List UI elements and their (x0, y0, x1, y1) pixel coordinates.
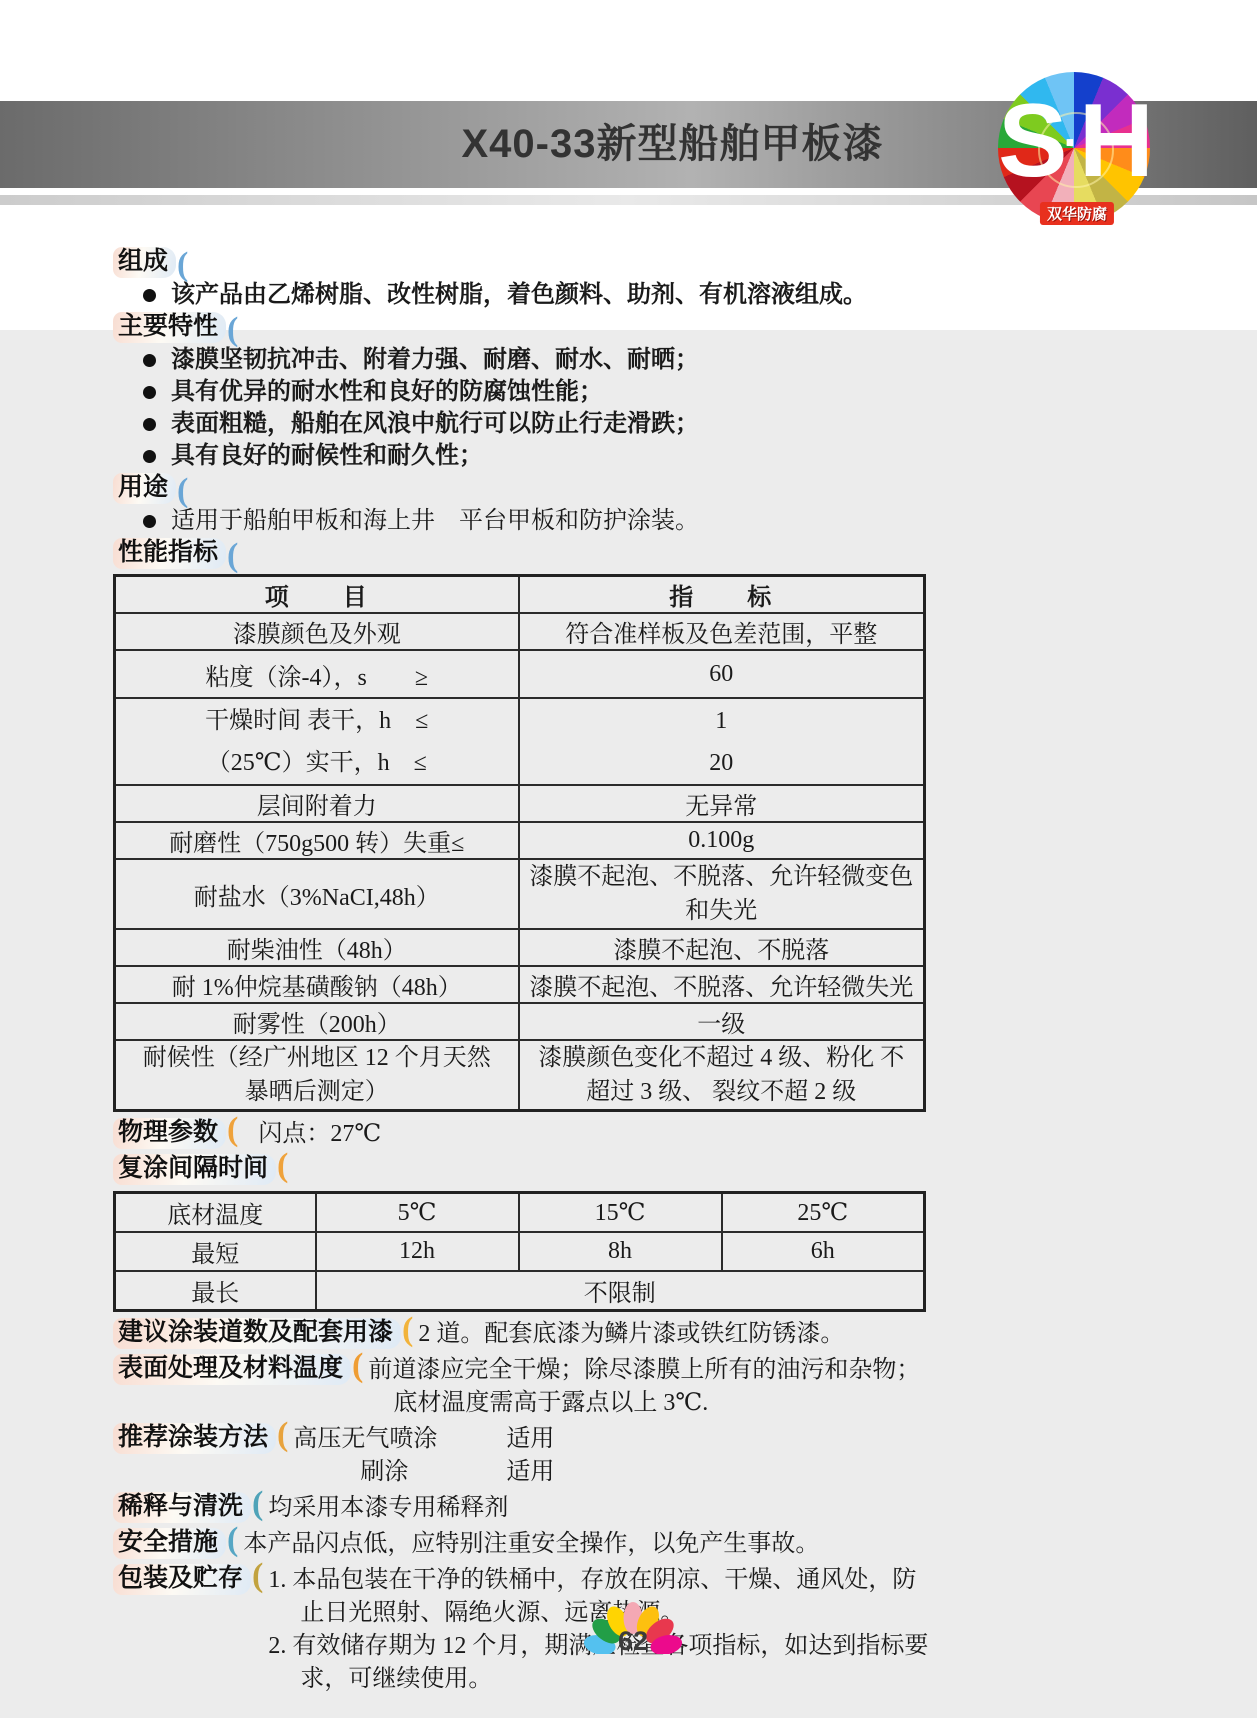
page-fan-icon: 62 (576, 1596, 690, 1654)
logo-letters: S·H (998, 86, 1150, 197)
crescent-mark: ( (252, 1494, 263, 1514)
logo-banner: 双华防腐 (1040, 202, 1114, 225)
row-label: 最长 (115, 1271, 316, 1311)
crescent-mark: ( (277, 1156, 288, 1176)
method-name: 高压无气喷涂 (293, 1423, 500, 1456)
column-header-item: 项 目 (115, 576, 519, 614)
bullet-icon (143, 515, 156, 528)
item-cell: 干燥时间 表干，h ≤ （25℃）实干，h ≤ (115, 698, 519, 785)
header-cell: 底材温度 (115, 1193, 316, 1233)
header-cell: 15℃ (519, 1193, 722, 1233)
value-cell: 不限制 (316, 1271, 925, 1311)
table-row: 耐候性（经广州地区 12 个月天然 暴晒后测定） 漆膜颜色变化不超过 4 级、粉… (115, 1040, 925, 1111)
spec-cell: 漆膜不起泡、不脱落 (519, 929, 925, 966)
section-label: 复涂间隔时间 (113, 1154, 276, 1185)
feature-bullet: 具有良好的耐候性和耐久性； (143, 441, 1145, 471)
item-cell: 层间附着力 (115, 785, 519, 822)
section-features: 主要特性( (113, 312, 1145, 343)
feature-bullet: 表面粗糙，船舶在风浪中航行可以防止行走滑跌； (143, 409, 1145, 439)
table-row: 耐磨性（750g500 转）失重≤ 0.100g (115, 822, 925, 859)
bullet-text: 具有优异的耐水性和良好的防腐蚀性能； (171, 377, 603, 407)
feature-bullet: 具有优异的耐水性和良好的防腐蚀性能； (143, 377, 1145, 407)
section-label: 包装及贮存 (113, 1564, 251, 1595)
section-surface: 表面处理及材料温度( 前道漆应完全干燥；除尽漆膜上所有的油污和杂物； 底材温度需… (113, 1354, 1145, 1420)
bullet-text: 表面粗糙，船舶在风浪中航行可以防止行走滑跌； (171, 409, 699, 439)
item-cell: 耐柴油性（48h） (115, 929, 519, 966)
table-row: 耐盐水（3%NaCI,48h） 漆膜不起泡、不脱落、允许轻微变色 和失光 (115, 859, 925, 929)
table-row: 干燥时间 表干，h ≤ （25℃）实干，h ≤ 1 20 (115, 698, 925, 785)
surface-text: 前道漆应完全干燥；除尽漆膜上所有的油污和杂物； 底材温度需高于露点以上 3℃. (368, 1354, 920, 1420)
table-row: 耐雾性（200h） 一级 (115, 1003, 925, 1040)
logo-letter-h: H (1079, 83, 1150, 199)
table-row: 底材温度 5℃ 15℃ 25℃ (115, 1193, 925, 1233)
crescent-mark: ( (352, 1356, 363, 1376)
header-cell: 25℃ (722, 1193, 925, 1233)
section-label: 推荐涂装方法 (113, 1423, 276, 1454)
table-row: 最长 不限制 (115, 1271, 925, 1311)
crescent-mark: ( (402, 1320, 413, 1340)
section-label: 主要特性 (113, 312, 226, 343)
coats-text: 2 道。配套底漆为鳞片漆或铁红防锈漆。 (418, 1318, 844, 1351)
crescent-mark: ( (177, 255, 188, 275)
item-cell: 耐雾性（200h） (115, 1003, 519, 1040)
item-cell: 耐磨性（750g500 转）失重≤ (115, 822, 519, 859)
bullet-icon (143, 418, 156, 431)
crescent-mark: ( (252, 1566, 263, 1586)
bullet-icon (143, 289, 156, 302)
crescent-mark: ( (277, 1425, 288, 1445)
section-label: 建议涂装道数及配套用漆 (113, 1318, 401, 1349)
crescent-mark: ( (227, 1120, 238, 1140)
crescent-mark: ( (227, 1530, 238, 1550)
bullet-text: 漆膜坚韧抗冲击、附着力强、耐磨、耐水、耐晒； (171, 345, 699, 375)
thinner-text: 均采用本漆专用稀释剂 (268, 1492, 508, 1525)
row-label: 最短 (115, 1232, 316, 1271)
item-cell: 漆膜颜色及外观 (115, 613, 519, 650)
bullet-text: 适用于船舶甲板和海上井 平台甲板和防护涂装。 (171, 506, 699, 536)
column-header-spec: 指 标 (519, 576, 925, 614)
table-row: 漆膜颜色及外观 符合准样板及色差范围，平整 (115, 613, 925, 650)
section-label: 物理参数 (113, 1118, 226, 1149)
section-coats: 建议涂装道数及配套用漆( 2 道。配套底漆为鳞片漆或铁红防锈漆。 (113, 1318, 1145, 1351)
method-status: 适用 (506, 1459, 554, 1485)
method-row: 高压无气喷涂 适用 (293, 1423, 554, 1456)
crescent-mark: ( (227, 546, 238, 566)
bullet-icon (143, 354, 156, 367)
item-cell: 耐候性（经广州地区 12 个月天然 暴晒后测定） (115, 1040, 519, 1111)
item-cell: 粘度（涂-4），s ≥ (115, 650, 519, 698)
logo-dot: · (1063, 116, 1078, 168)
spec-cell: 1 20 (519, 698, 925, 785)
header-cell: 5℃ (316, 1193, 519, 1233)
performance-table: 项 目 指 标 漆膜颜色及外观 符合准样板及色差范围，平整 粘度（涂-4），s … (113, 574, 926, 1112)
section-safety: 安全措施( 本产品闪点低，应特别注重安全操作，以免产生事故。 (113, 1528, 1145, 1561)
spec-cell: 60 (519, 650, 925, 698)
section-label: 组成 (113, 247, 176, 278)
bullet-icon (143, 386, 156, 399)
datasheet-page: X40-33新型船舶甲板漆 S·H 双华防腐 组成( 该产品由乙烯树脂、改性树脂… (0, 0, 1257, 1718)
table-row: 耐 1%仲烷基磺酸钠（48h） 漆膜不起泡、不脱落、允许轻微失光 (115, 966, 925, 1003)
section-performance: 性能指标( (113, 538, 1145, 569)
table-row: 粘度（涂-4），s ≥ 60 (115, 650, 925, 698)
content-area: 组成( 该产品由乙烯树脂、改性树脂，着色颜料、助剂、有机溶液组成。 主要特性( … (113, 246, 1145, 1699)
safety-text: 本产品闪点低，应特别注重安全操作，以免产生事故。 (243, 1528, 819, 1561)
composition-bullet: 该产品由乙烯树脂、改性树脂，着色颜料、助剂、有机溶液组成。 (143, 280, 1145, 310)
section-physical: 物理参数( 闪点：27℃ (113, 1118, 1145, 1151)
spec-cell: 漆膜不起泡、不脱落、允许轻微变色 和失光 (519, 859, 925, 929)
crescent-mark: ( (177, 481, 188, 501)
section-composition: 组成( (113, 247, 1145, 278)
feature-bullet: 漆膜坚韧抗冲击、附着力强、耐磨、耐水、耐晒； (143, 345, 1145, 375)
page-number: 62 (618, 1626, 648, 1654)
value-cell: 6h (722, 1232, 925, 1271)
bullet-text: 该产品由乙烯树脂、改性树脂，着色颜料、助剂、有机溶液组成。 (171, 280, 867, 310)
recoat-table: 底材温度 5℃ 15℃ 25℃ 最短 12h 8h 6h 最长 不限制 (113, 1191, 926, 1312)
usage-bullet: 适用于船舶甲板和海上井 平台甲板和防护涂装。 (143, 506, 1145, 536)
section-label: 表面处理及材料温度 (113, 1354, 351, 1385)
spec-cell: 漆膜不起泡、不脱落、允许轻微失光 (519, 966, 925, 1003)
table-row: 项 目 指 标 (115, 576, 925, 614)
spec-cell: 漆膜颜色变化不超过 4 级、粉化 不 超过 3 级、 裂纹不超 2 级 (519, 1040, 925, 1111)
item-cell: 耐盐水（3%NaCI,48h） (115, 859, 519, 929)
spec-cell: 无异常 (519, 785, 925, 822)
section-label: 安全措施 (113, 1528, 226, 1559)
section-usage: 用途( (113, 473, 1145, 504)
method-row: 刷涂 适用 (293, 1456, 554, 1489)
bullet-text: 具有良好的耐候性和耐久性； (171, 441, 483, 471)
method-status: 适用 (506, 1426, 554, 1452)
spec-cell: 符合准样板及色差范围，平整 (519, 613, 925, 650)
section-thinner: 稀释与清洗( 均采用本漆专用稀释剂 (113, 1492, 1145, 1525)
value-cell: 12h (316, 1232, 519, 1271)
methods-list: 高压无气喷涂 适用 刷涂 适用 (293, 1423, 554, 1489)
section-recoat: 复涂间隔时间( (113, 1154, 1145, 1185)
section-label: 稀释与清洗 (113, 1492, 251, 1523)
spec-cell: 一级 (519, 1003, 925, 1040)
section-methods: 推荐涂装方法( 高压无气喷涂 适用 刷涂 适用 (113, 1423, 1145, 1489)
spec-cell: 0.100g (519, 822, 925, 859)
method-name: 刷涂 (293, 1456, 500, 1489)
section-label: 性能指标 (113, 538, 226, 569)
section-label: 用途 (113, 473, 176, 504)
bullet-icon (143, 450, 156, 463)
company-logo: S·H 双华防腐 (998, 72, 1150, 224)
crescent-mark: ( (227, 320, 238, 340)
table-row: 层间附着力 无异常 (115, 785, 925, 822)
table-row: 最短 12h 8h 6h (115, 1232, 925, 1271)
item-cell: 耐 1%仲烷基磺酸钠（48h） (115, 966, 519, 1003)
logo-letter-s: S (998, 83, 1063, 199)
value-cell: 8h (519, 1232, 722, 1271)
table-row: 耐柴油性（48h） 漆膜不起泡、不脱落 (115, 929, 925, 966)
